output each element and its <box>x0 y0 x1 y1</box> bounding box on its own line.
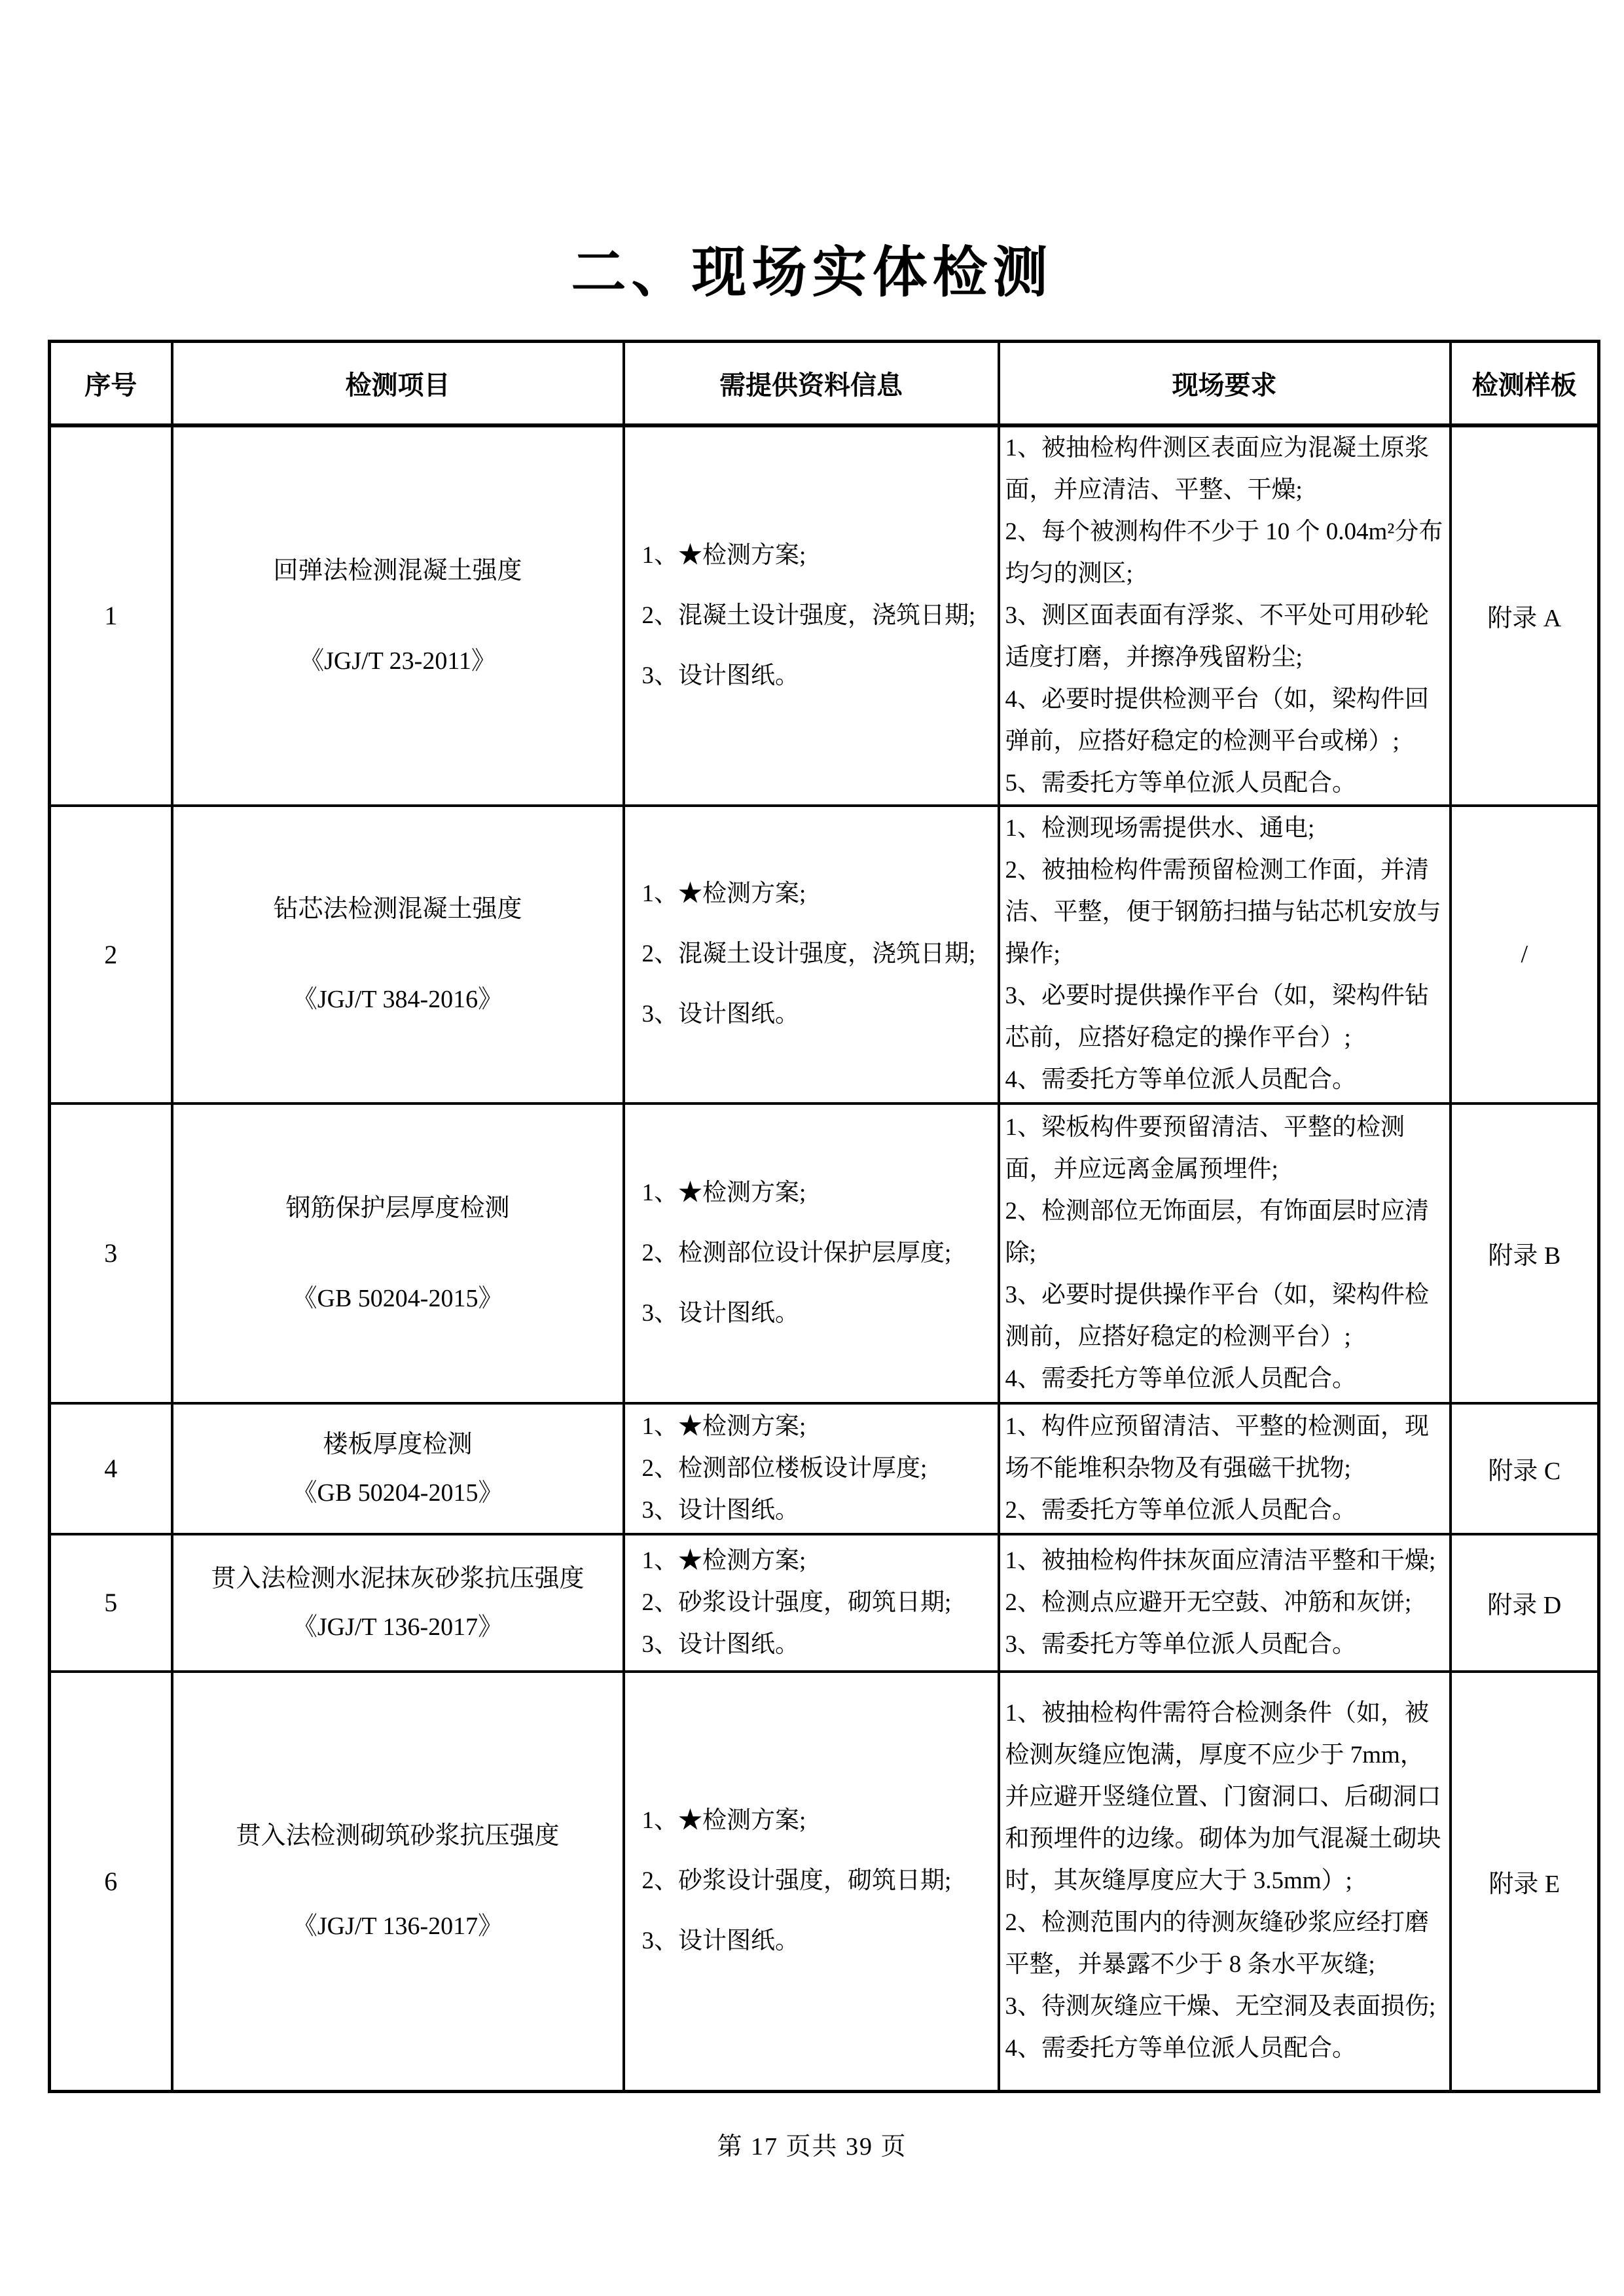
site-item: 1、被抽检构件需符合检测条件（如，被检测灰缝应饱满，厚度不应少于 7mm，并应避… <box>1005 1693 1444 1902</box>
table-body: 1 回弹法检测混凝土强度 《JGJ/T 23-2011》 1、★检测方案;2、混… <box>50 425 1599 2092</box>
doc-item: 2、砂浆设计强度，砌筑日期; <box>642 1861 998 1901</box>
site-list: 1、被抽检构件抹灰面应清洁平整和干燥;2、检测点应避开无空鼓、冲筋和灰饼;3、需… <box>1000 1540 1449 1666</box>
test-item: 钢筋保护层厚度检测 《GB 50204-2015》 <box>173 1189 623 1318</box>
table-row: 4 楼板厚度检测 《GB 50204-2015》 1、★检测方案;2、检测部位楼… <box>50 1403 1599 1534</box>
item-standard: 《GB 50204-2015》 <box>293 1279 503 1318</box>
docs-list: 1、★检测方案;2、混凝土设计强度，浇筑日期;3、设计图纸。 <box>625 864 998 1045</box>
item-standard: 《GB 50204-2015》 <box>293 1473 503 1513</box>
doc-item: 3、设计图纸。 <box>642 994 998 1035</box>
docs-list: 1、★检测方案;2、检测部位楼板设计厚度;3、设计图纸。 <box>625 1406 998 1532</box>
row-number: 2 <box>104 940 117 969</box>
doc-item: 1、★检测方案; <box>642 1407 998 1447</box>
item-name: 钻芯法检测混凝土强度 <box>273 889 522 929</box>
test-item-cell: 钻芯法检测混凝土强度 《JGJ/T 384-2016》 <box>172 806 624 1103</box>
table-row: 6 贯入法检测砌筑砂浆抗压强度 《JGJ/T 136-2017》 1、★检测方案… <box>50 1672 1599 2092</box>
docs-list: 1、★检测方案;2、砂浆设计强度，砌筑日期;3、设计图纸。 <box>625 1540 998 1666</box>
sample-ref: 附录 D <box>1487 1592 1561 1619</box>
site-requirements-cell: 1、被抽检构件测区表面应为混凝土原浆面，并应清洁、平整、干燥;2、每个被测构件不… <box>999 425 1451 806</box>
test-item: 贯入法检测砌筑砂浆抗压强度 《JGJ/T 136-2017》 <box>173 1816 623 1946</box>
row-number-cell: 4 <box>50 1403 172 1534</box>
test-item-cell: 楼板厚度检测 《GB 50204-2015》 <box>172 1403 624 1534</box>
site-list: 1、被抽检构件测区表面应为混凝土原浆面，并应清洁、平整、干燥;2、每个被测构件不… <box>1000 427 1449 804</box>
required-docs-cell: 1、★检测方案;2、混凝土设计强度，浇筑日期;3、设计图纸。 <box>624 806 999 1103</box>
table-row: 1 回弹法检测混凝土强度 《JGJ/T 23-2011》 1、★检测方案;2、混… <box>50 425 1599 806</box>
site-requirements-cell: 1、梁板构件要预留清洁、平整的检测面，并应远离金属预埋件;2、检测部位无饰面层，… <box>999 1103 1451 1403</box>
doc-item: 1、★检测方案; <box>642 535 998 576</box>
required-docs-cell: 1、★检测方案;2、砂浆设计强度，砌筑日期;3、设计图纸。 <box>624 1534 999 1672</box>
required-docs-cell: 1、★检测方案;2、砂浆设计强度，砌筑日期;3、设计图纸。 <box>624 1672 999 2092</box>
doc-item: 1、★检测方案; <box>642 1541 998 1581</box>
row-number-cell: 3 <box>50 1103 172 1403</box>
required-docs-cell: 1、★检测方案;2、混凝土设计强度，浇筑日期;3、设计图纸。 <box>624 425 999 806</box>
site-item: 2、需委托方等单位派人员配合。 <box>1005 1490 1444 1532</box>
site-list: 1、检测现场需提供水、通电;2、被抽检构件需预留检测工作面，并清洁、平整，便于钢… <box>1000 808 1449 1101</box>
item-name: 钢筋保护层厚度检测 <box>285 1189 509 1228</box>
item-name: 贯入法检测水泥抹灰砂浆抗压强度 <box>211 1559 584 1598</box>
sample-template-cell: 附录 B <box>1451 1103 1599 1403</box>
sample-template-cell: 附录 E <box>1451 1672 1599 2092</box>
site-requirements-cell: 1、构件应预留清洁、平整的检测面，现场不能堆积杂物及有强磁干扰物;2、需委托方等… <box>999 1403 1451 1534</box>
doc-item: 1、★检测方案; <box>642 1801 998 1841</box>
row-number-cell: 2 <box>50 806 172 1103</box>
site-item: 4、需委托方等单位派人员配合。 <box>1005 1358 1444 1400</box>
row-number: 6 <box>104 1867 117 1896</box>
doc-item: 2、砂浆设计强度，砌筑日期; <box>642 1583 998 1623</box>
site-item: 2、每个被测构件不少于 10 个 0.04m²分布均匀的测区; <box>1005 511 1444 595</box>
col-header-sample-template: 检测样板 <box>1451 342 1599 425</box>
site-item: 4、需委托方等单位派人员配合。 <box>1005 1059 1444 1101</box>
row-number: 3 <box>104 1238 117 1268</box>
docs-list: 1、★检测方案;2、混凝土设计强度，浇筑日期;3、设计图纸。 <box>625 526 998 706</box>
doc-item: 3、设计图纸。 <box>642 1921 998 1962</box>
doc-item: 2、检测部位设计保护层厚度; <box>642 1233 998 1274</box>
row-number-cell: 5 <box>50 1534 172 1672</box>
item-standard: 《JGJ/T 136-2017》 <box>293 1907 503 1946</box>
site-item: 3、必要时提供操作平台（如，梁构件钻芯前，应搭好稳定的操作平台）; <box>1005 975 1444 1059</box>
doc-item: 2、混凝土设计强度，浇筑日期; <box>642 596 998 636</box>
site-item: 1、检测现场需提供水、通电; <box>1005 808 1444 850</box>
sample-ref: 附录 B <box>1488 1242 1561 1270</box>
doc-item: 3、设计图纸。 <box>642 656 998 696</box>
docs-list: 1、★检测方案;2、检测部位设计保护层厚度;3、设计图纸。 <box>625 1163 998 1344</box>
sample-ref: 附录 C <box>1488 1458 1561 1485</box>
test-item-cell: 钢筋保护层厚度检测 《GB 50204-2015》 <box>172 1103 624 1403</box>
col-header-required-docs: 需提供资料信息 <box>624 342 999 425</box>
col-header-site-requirements: 现场要求 <box>999 342 1451 425</box>
sample-template-cell: / <box>1451 806 1599 1103</box>
test-item: 钻芯法检测混凝土强度 《JGJ/T 384-2016》 <box>173 889 623 1019</box>
site-item: 3、必要时提供操作平台（如，梁构件检测前，应搭好稳定的检测平台）; <box>1005 1274 1444 1358</box>
site-requirements-cell: 1、检测现场需提供水、通电;2、被抽检构件需预留检测工作面，并清洁、平整，便于钢… <box>999 806 1451 1103</box>
site-list: 1、被抽检构件需符合检测条件（如，被检测灰缝应饱满，厚度不应少于 7mm，并应避… <box>1000 1693 1449 2070</box>
doc-item: 2、检测部位楼板设计厚度; <box>642 1448 998 1489</box>
test-item: 回弹法检测混凝土强度 《JGJ/T 23-2011》 <box>173 551 623 681</box>
test-item-cell: 回弹法检测混凝土强度 《JGJ/T 23-2011》 <box>172 425 624 806</box>
item-name: 回弹法检测混凝土强度 <box>273 551 522 590</box>
table-row: 5 贯入法检测水泥抹灰砂浆抗压强度 《JGJ/T 136-2017》 1、★检测… <box>50 1534 1599 1672</box>
site-item: 1、被抽检构件抹灰面应清洁平整和干燥; <box>1005 1540 1444 1582</box>
item-standard: 《JGJ/T 384-2016》 <box>293 980 503 1019</box>
row-number-cell: 1 <box>50 425 172 806</box>
docs-list: 1、★检测方案;2、砂浆设计强度，砌筑日期;3、设计图纸。 <box>625 1791 998 1971</box>
page-footer: 第 17 页共 39 页 <box>0 2126 1624 2162</box>
site-item: 4、需委托方等单位派人员配合。 <box>1005 2028 1444 2070</box>
col-header-serial: 序号 <box>50 342 172 425</box>
doc-item: 3、设计图纸。 <box>642 1624 998 1665</box>
test-item-cell: 贯入法检测砌筑砂浆抗压强度 《JGJ/T 136-2017》 <box>172 1672 624 2092</box>
site-item: 3、待测灰缝应干燥、无空洞及表面损伤; <box>1005 1986 1444 2028</box>
site-item: 2、被抽检构件需预留检测工作面，并清洁、平整，便于钢筋扫描与钻芯机安放与操作; <box>1005 850 1444 975</box>
doc-item: 3、设计图纸。 <box>642 1490 998 1531</box>
site-requirements-cell: 1、被抽检构件需符合检测条件（如，被检测灰缝应饱满，厚度不应少于 7mm，并应避… <box>999 1672 1451 2092</box>
site-item: 1、被抽检构件测区表面应为混凝土原浆面，并应清洁、平整、干燥; <box>1005 427 1444 511</box>
sample-ref: / <box>1521 941 1528 968</box>
row-number: 4 <box>104 1454 117 1483</box>
sample-ref: 附录 E <box>1489 1871 1560 1898</box>
item-name: 贯入法检测砌筑砂浆抗压强度 <box>236 1816 559 1856</box>
required-docs-cell: 1、★检测方案;2、检测部位楼板设计厚度;3、设计图纸。 <box>624 1403 999 1534</box>
sample-ref: 附录 A <box>1487 605 1561 632</box>
item-name: 楼板厚度检测 <box>323 1425 472 1464</box>
doc-item: 1、★检测方案; <box>642 1173 998 1213</box>
required-docs-cell: 1、★检测方案;2、检测部位设计保护层厚度;3、设计图纸。 <box>624 1103 999 1403</box>
site-list: 1、构件应预留清洁、平整的检测面，现场不能堆积杂物及有强磁干扰物;2、需委托方等… <box>1000 1406 1449 1532</box>
sample-template-cell: 附录 A <box>1451 425 1599 806</box>
doc-item: 1、★检测方案; <box>642 874 998 914</box>
site-item: 2、检测范围内的待测灰缝砂浆应经打磨平整，并暴露不少于 8 条水平灰缝; <box>1005 1902 1444 1986</box>
site-item: 2、检测部位无饰面层，有饰面层时应清除; <box>1005 1191 1444 1274</box>
doc-item: 2、混凝土设计强度，浇筑日期; <box>642 934 998 975</box>
site-item: 3、需委托方等单位派人员配合。 <box>1005 1624 1444 1666</box>
row-number: 5 <box>104 1588 117 1617</box>
test-item: 贯入法检测水泥抹灰砂浆抗压强度 《JGJ/T 136-2017》 <box>173 1559 623 1647</box>
col-header-test-item: 检测项目 <box>172 342 624 425</box>
header-row: 序号 检测项目 需提供资料信息 现场要求 检测样板 <box>50 342 1599 425</box>
site-item: 2、检测点应避开无空鼓、冲筋和灰饼; <box>1005 1582 1444 1624</box>
document-page: 二、现场实体检测 序号 检测项目 需提供资料信息 现场要求 检测样板 1 回弹法… <box>0 0 1624 2296</box>
row-number: 1 <box>104 601 117 630</box>
test-item-cell: 贯入法检测水泥抹灰砂浆抗压强度 《JGJ/T 136-2017》 <box>172 1534 624 1672</box>
page-title: 二、现场实体检测 <box>0 243 1624 304</box>
table-row: 3 钢筋保护层厚度检测 《GB 50204-2015》 1、★检测方案;2、检测… <box>50 1103 1599 1403</box>
inspection-table: 序号 检测项目 需提供资料信息 现场要求 检测样板 1 回弹法检测混凝土强度 《… <box>48 340 1600 2093</box>
item-standard: 《JGJ/T 23-2011》 <box>299 641 496 681</box>
site-requirements-cell: 1、被抽检构件抹灰面应清洁平整和干燥;2、检测点应避开无空鼓、冲筋和灰饼;3、需… <box>999 1534 1451 1672</box>
site-item: 4、必要时提供检测平台（如，梁构件回弹前，应搭好稳定的检测平台或梯）; <box>1005 679 1444 762</box>
site-item: 1、梁板构件要预留清洁、平整的检测面，并应远离金属预埋件; <box>1005 1107 1444 1191</box>
site-item: 1、构件应预留清洁、平整的检测面，现场不能堆积杂物及有强磁干扰物; <box>1005 1406 1444 1490</box>
site-item: 5、需委托方等单位派人员配合。 <box>1005 762 1444 804</box>
doc-item: 3、设计图纸。 <box>642 1293 998 1334</box>
sample-template-cell: 附录 D <box>1451 1534 1599 1672</box>
table-row: 2 钻芯法检测混凝土强度 《JGJ/T 384-2016》 1、★检测方案;2、… <box>50 806 1599 1103</box>
site-item: 3、测区面表面有浮浆、不平处可用砂轮适度打磨，并擦净残留粉尘; <box>1005 595 1444 679</box>
test-item: 楼板厚度检测 《GB 50204-2015》 <box>173 1425 623 1513</box>
row-number-cell: 6 <box>50 1672 172 2092</box>
site-list: 1、梁板构件要预留清洁、平整的检测面，并应远离金属预埋件;2、检测部位无饰面层，… <box>1000 1107 1449 1400</box>
item-standard: 《JGJ/T 136-2017》 <box>293 1607 503 1647</box>
sample-template-cell: 附录 C <box>1451 1403 1599 1534</box>
